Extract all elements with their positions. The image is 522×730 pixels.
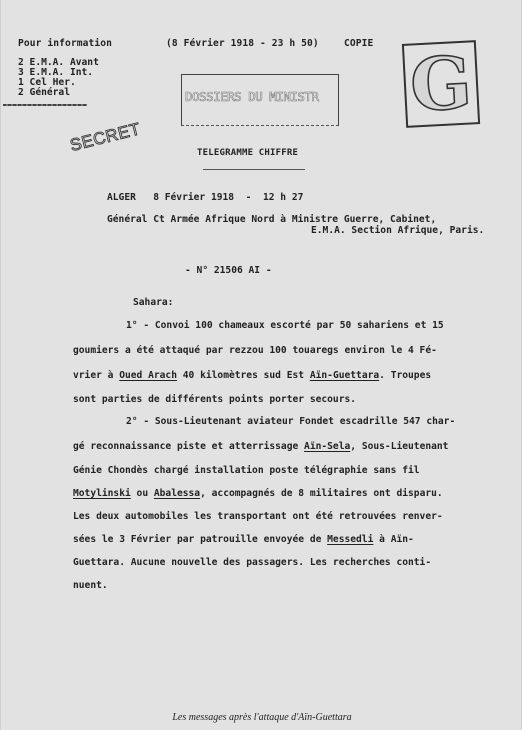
header-for-information: Pour information [18, 38, 112, 49]
secret-stamp: SECRET [68, 119, 143, 156]
text: sées le 3 Février par patrouille envoyée… [73, 534, 327, 545]
g-stamp-letter: G [408, 46, 473, 121]
header-date-time: (8 Février 1918 - 23 h 50) [166, 38, 319, 49]
title-underline [203, 169, 305, 170]
origin-line: ALGER 8 Février 1918 - 12 h 27 [107, 192, 303, 203]
figure-caption: Les messages après l'attaque d'Aïn-Guett… [1, 712, 522, 723]
top-left-rule [3, 104, 87, 106]
g-stamp: G [402, 40, 480, 128]
recipient-line: E.M.A. Section Afrique, Paris. [311, 225, 484, 236]
place-oued-arach: Oued Arach [119, 370, 177, 381]
para2-line: Guettara. Aucune nouvelle des passagers.… [73, 557, 431, 568]
dossiers-stamp: DOSSIERS DU MINISTR [181, 74, 339, 126]
place-ain-sela: Aïn-Sela [304, 441, 350, 452]
message-number: - N° 21506 AI - [185, 265, 272, 276]
para1-line: 1° - Convoi 100 chameaux escorté par 50 … [126, 320, 444, 331]
distribution-item: 2 Général [18, 88, 99, 98]
document-page: Pour information (8 Février 1918 - 23 h … [0, 0, 522, 730]
text: , accompagnés de 8 militaires ont dispar… [200, 488, 443, 499]
text: vrier à [73, 370, 119, 381]
para1-line: goumiers a été attaqué par rezzou 100 to… [73, 345, 437, 356]
para2-line: Les deux automobiles les transportant on… [73, 511, 443, 522]
place-ain-guettara: Aïn-Guettara [310, 370, 379, 381]
place-abalessa: Abalessa [154, 488, 200, 499]
section-heading: Sahara: [133, 297, 173, 308]
dossiers-stamp-text: DOSSIERS DU MINISTR [185, 89, 319, 104]
para1-line: vrier à Oued Arach 40 kilomètres sud Est… [73, 370, 431, 381]
para1-line: sont parties de différents points porter… [73, 394, 356, 405]
para2-line: 2° - Sous-Lieutenant aviateur Fondet esc… [126, 416, 455, 427]
header-copy-label: COPIE [344, 38, 373, 49]
place-messedli: Messedli [327, 534, 373, 545]
para2-line: nuent. [73, 580, 108, 591]
text: gé reconnaissance piste et atterrissage [73, 441, 304, 452]
text: , Sous-Lieutenant [350, 441, 448, 452]
text: à Aïn- [373, 534, 413, 545]
distribution-list: 2 E.M.A. Avant 3 E.M.A. Int. 1 Cel Her. … [18, 58, 99, 98]
text: . Troupes [379, 370, 431, 381]
para2-line: sées le 3 Février par patrouille envoyée… [73, 534, 414, 545]
para2-line: Motylinski ou Abalessa, accompagnés de 8… [73, 488, 443, 499]
para2-line: Génie Chondès chargé installation poste … [73, 465, 420, 476]
para2-line: gé reconnaissance piste et atterrissage … [73, 441, 448, 452]
document-title: TELEGRAMME CHIFFRE [197, 148, 298, 158]
place-motylinski: Motylinski [73, 488, 131, 499]
text: ou [131, 488, 154, 499]
sender-line: Général Ct Armée Afrique Nord à Ministre… [107, 214, 436, 225]
text: 40 kilomètres sud Est [177, 370, 310, 381]
